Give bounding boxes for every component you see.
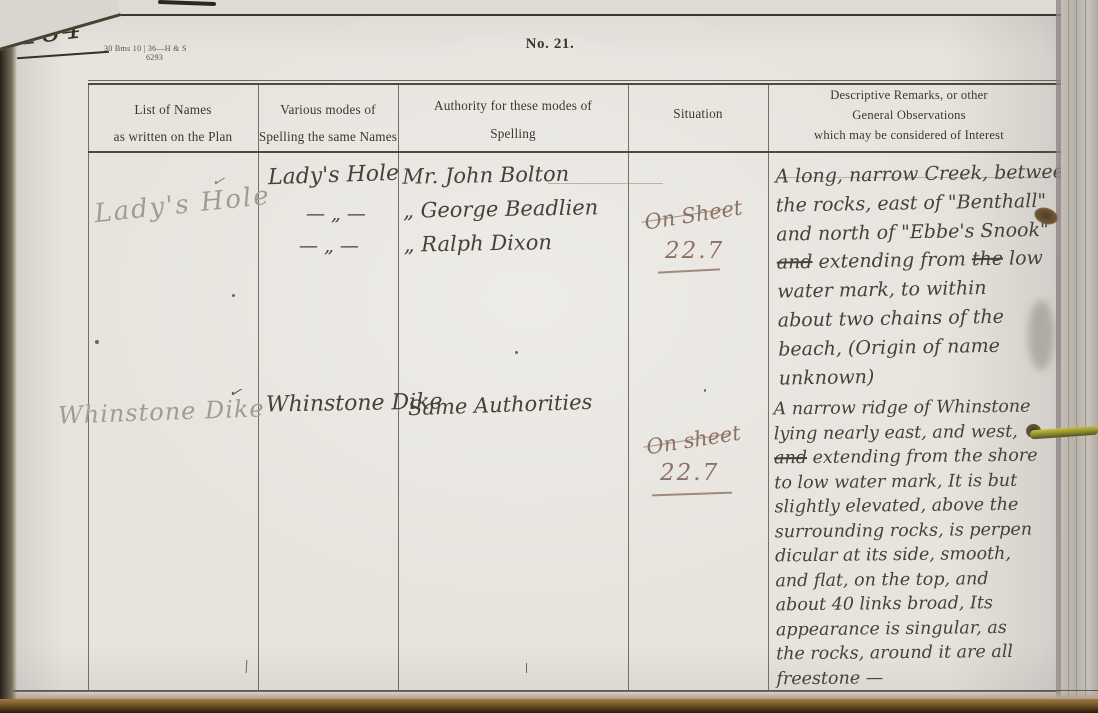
row2-situation-number: 22.7 xyxy=(660,460,719,486)
header-line: Authority for these modes of xyxy=(398,92,628,120)
header-authority: Authority for these modes of Spelling xyxy=(398,92,628,148)
page-stack-edge xyxy=(1061,0,1098,713)
authority-line: „ Ralph Dixon xyxy=(403,224,599,261)
header-line: Various modes of xyxy=(258,96,398,123)
remark-line: A narrow ridge of Whinstone xyxy=(773,395,1037,422)
row2-remarks: A narrow ridge of Whinstone lying nearly… xyxy=(773,395,1040,692)
row1-ditto-1: — „ — xyxy=(306,203,366,225)
column-line-5 xyxy=(768,83,769,691)
page-title: No. 21. xyxy=(490,36,610,53)
ink-speck xyxy=(704,389,706,392)
header-list-of-names: List of Names as written on the Plan xyxy=(88,96,258,150)
page-edge-line xyxy=(1076,0,1077,713)
desk-wood-edge xyxy=(0,699,1098,713)
remark-line: about 40 links broad, Its xyxy=(776,591,1040,618)
row2-authorities: Same Authorities xyxy=(408,390,593,420)
authority-line: „ George Beadlien xyxy=(403,190,599,227)
page-edge-line xyxy=(1085,0,1086,713)
remark-line: slightly elevated, above the xyxy=(774,493,1038,520)
situation-underline xyxy=(658,268,720,273)
remark-line: appearance is singular, as xyxy=(776,615,1040,642)
remark-line: dicular at its side, smooth, xyxy=(775,542,1039,569)
ink-speck xyxy=(515,351,518,354)
book-binding-edge xyxy=(0,0,17,713)
header-line: Descriptive Remarks, or other xyxy=(768,85,1050,105)
header-remarks: Descriptive Remarks, or other General Ob… xyxy=(768,85,1050,145)
header-line: as written on the Plan xyxy=(88,123,258,150)
row2-situation-sheet: On sheet xyxy=(645,421,743,460)
page-number-underline xyxy=(17,51,109,59)
remark-line: to low water mark, It is but xyxy=(774,468,1038,495)
row1-name-on-plan: Lady's Hole xyxy=(93,181,272,229)
header-line: General Observations xyxy=(768,105,1050,125)
row1-ditto-2: — „ — xyxy=(299,235,359,257)
stray-pen-tick xyxy=(246,660,248,673)
stray-pen-tick xyxy=(526,663,527,673)
table-top-rule-thin xyxy=(88,80,1070,81)
remark-line: the rocks, around it are all xyxy=(776,640,1040,667)
remark-line: lying nearly east, and west, xyxy=(774,419,1038,446)
authority-line: Mr. John Bolton xyxy=(402,156,598,193)
remark-line: and flat, on the top, and xyxy=(775,566,1039,593)
remark-line: surrounding rocks, is perpen xyxy=(775,517,1039,544)
row1-situation-number: 22.7 xyxy=(665,238,724,264)
scanned-register-page: 184 30 Bms 10 | 36—H & S 6293 No. 21. Li… xyxy=(0,0,1098,713)
header-line: List of Names xyxy=(88,96,258,123)
column-line-1 xyxy=(88,83,89,691)
header-line: which may be considered of Interest xyxy=(768,125,1050,145)
ink-speck xyxy=(232,294,235,297)
printer-mark-line2: 6293 xyxy=(146,53,187,62)
printer-mark: 30 Bms 10 | 36—H & S 6293 xyxy=(104,44,187,62)
ink-speck xyxy=(95,340,99,344)
header-line: Spelling the same Names xyxy=(258,123,398,150)
remark-line: freestone — xyxy=(776,664,1040,691)
header-bottom-rule xyxy=(88,151,1070,153)
column-line-4 xyxy=(628,83,629,691)
header-line: Spelling xyxy=(398,120,628,148)
printer-mark-line1: 30 Bms 10 | 36—H & S xyxy=(104,44,187,53)
row1-authorities: Mr. John Bolton „ George Beadlien „ Ralp… xyxy=(402,156,599,261)
situation-underline xyxy=(652,492,732,497)
remark-line: and extending from the shore xyxy=(774,444,1038,471)
row1-spelling: Lady's Hole xyxy=(268,161,400,191)
column-line-2 xyxy=(258,83,259,691)
remark-line: and extending from the low xyxy=(777,244,1078,278)
remark-line: the rocks, east of "Benthall" xyxy=(776,186,1077,220)
row1-situation-sheet: On Sheet xyxy=(643,195,744,234)
header-situation: Situation xyxy=(628,106,768,122)
header-line: Situation xyxy=(628,106,768,122)
header-spelling-modes: Various modes of Spelling the same Names xyxy=(258,96,398,150)
smudge-mark xyxy=(1028,300,1054,370)
page-edge-line xyxy=(1068,0,1069,713)
